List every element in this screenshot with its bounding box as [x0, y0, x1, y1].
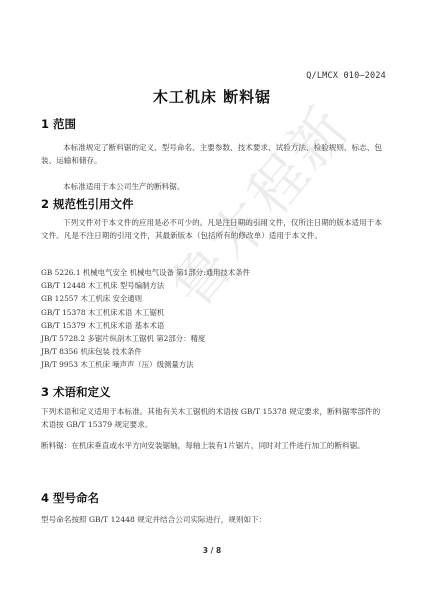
document-title: 木工机床 断料锯 [0, 86, 424, 107]
section-heading-references: 2 规范性引用文件 [41, 196, 134, 212]
reference-item: GB/T 15378 木工机床术语 木工锯机 [41, 306, 250, 319]
paragraph-scope-2: 本标准适用于本公司生产的断料锯。 [41, 180, 386, 193]
document-page: 鲁木程新 Q/LMCX 010—2024 木工机床 断料锯 1 范围 本标准规定… [0, 0, 424, 600]
reference-item: JB/T 9953 木工机床 噪声声（压）级测量方法 [41, 358, 250, 371]
reference-item: JB/T 8356 机床包装 技术条件 [41, 345, 250, 358]
section-heading-scope: 1 范围 [41, 116, 76, 132]
paragraph-references: 下列文件对于本文件的应用是必不可少的。凡是注日期的引用文件，仅所注日期的版本适用… [41, 216, 386, 242]
reference-item: GB 12557 木工机床 安全通则 [41, 292, 250, 305]
reference-item: GB/T 15379 木工机床术语 基本术语 [41, 319, 250, 332]
page-number: 3 / 8 [0, 546, 424, 555]
paragraph-terms-1: 下列术语和定义适用于本标准。其他有关木工锯机的术语按 GB/T 15378 规定… [41, 405, 386, 431]
paragraph-model-naming: 型号命名按照 GB/T 12448 规定并结合公司实际进行，规则如下： [41, 513, 386, 526]
paragraph-scope-1: 本标准规定了断料锯的定义、型号命名、主要参数、技术要求、试验方法、检验规则、标志… [41, 141, 386, 167]
document-code: Q/LMCX 010—2024 [306, 71, 386, 81]
paragraph-terms-2: 断料锯：在机床垂直或水平方向安装锯轴，每轴上装有1片锯片，同时对工件进行加工的断… [41, 439, 386, 452]
reference-item: GB 5226.1 机械电气安全 机械电气设备 第1部分:通用技术条件 [41, 266, 250, 279]
reference-item: JB/T 5728.2 多锯片纵剖木工锯机 第2部分：精度 [41, 332, 250, 345]
reference-item: GB/T 12448 木工机床 型号编制方法 [41, 279, 250, 292]
section-heading-terms: 3 术语和定义 [41, 384, 111, 400]
reference-list: GB 5226.1 机械电气安全 机械电气设备 第1部分:通用技术条件 GB/T… [41, 266, 250, 372]
section-heading-model-naming: 4 型号命名 [41, 490, 99, 506]
